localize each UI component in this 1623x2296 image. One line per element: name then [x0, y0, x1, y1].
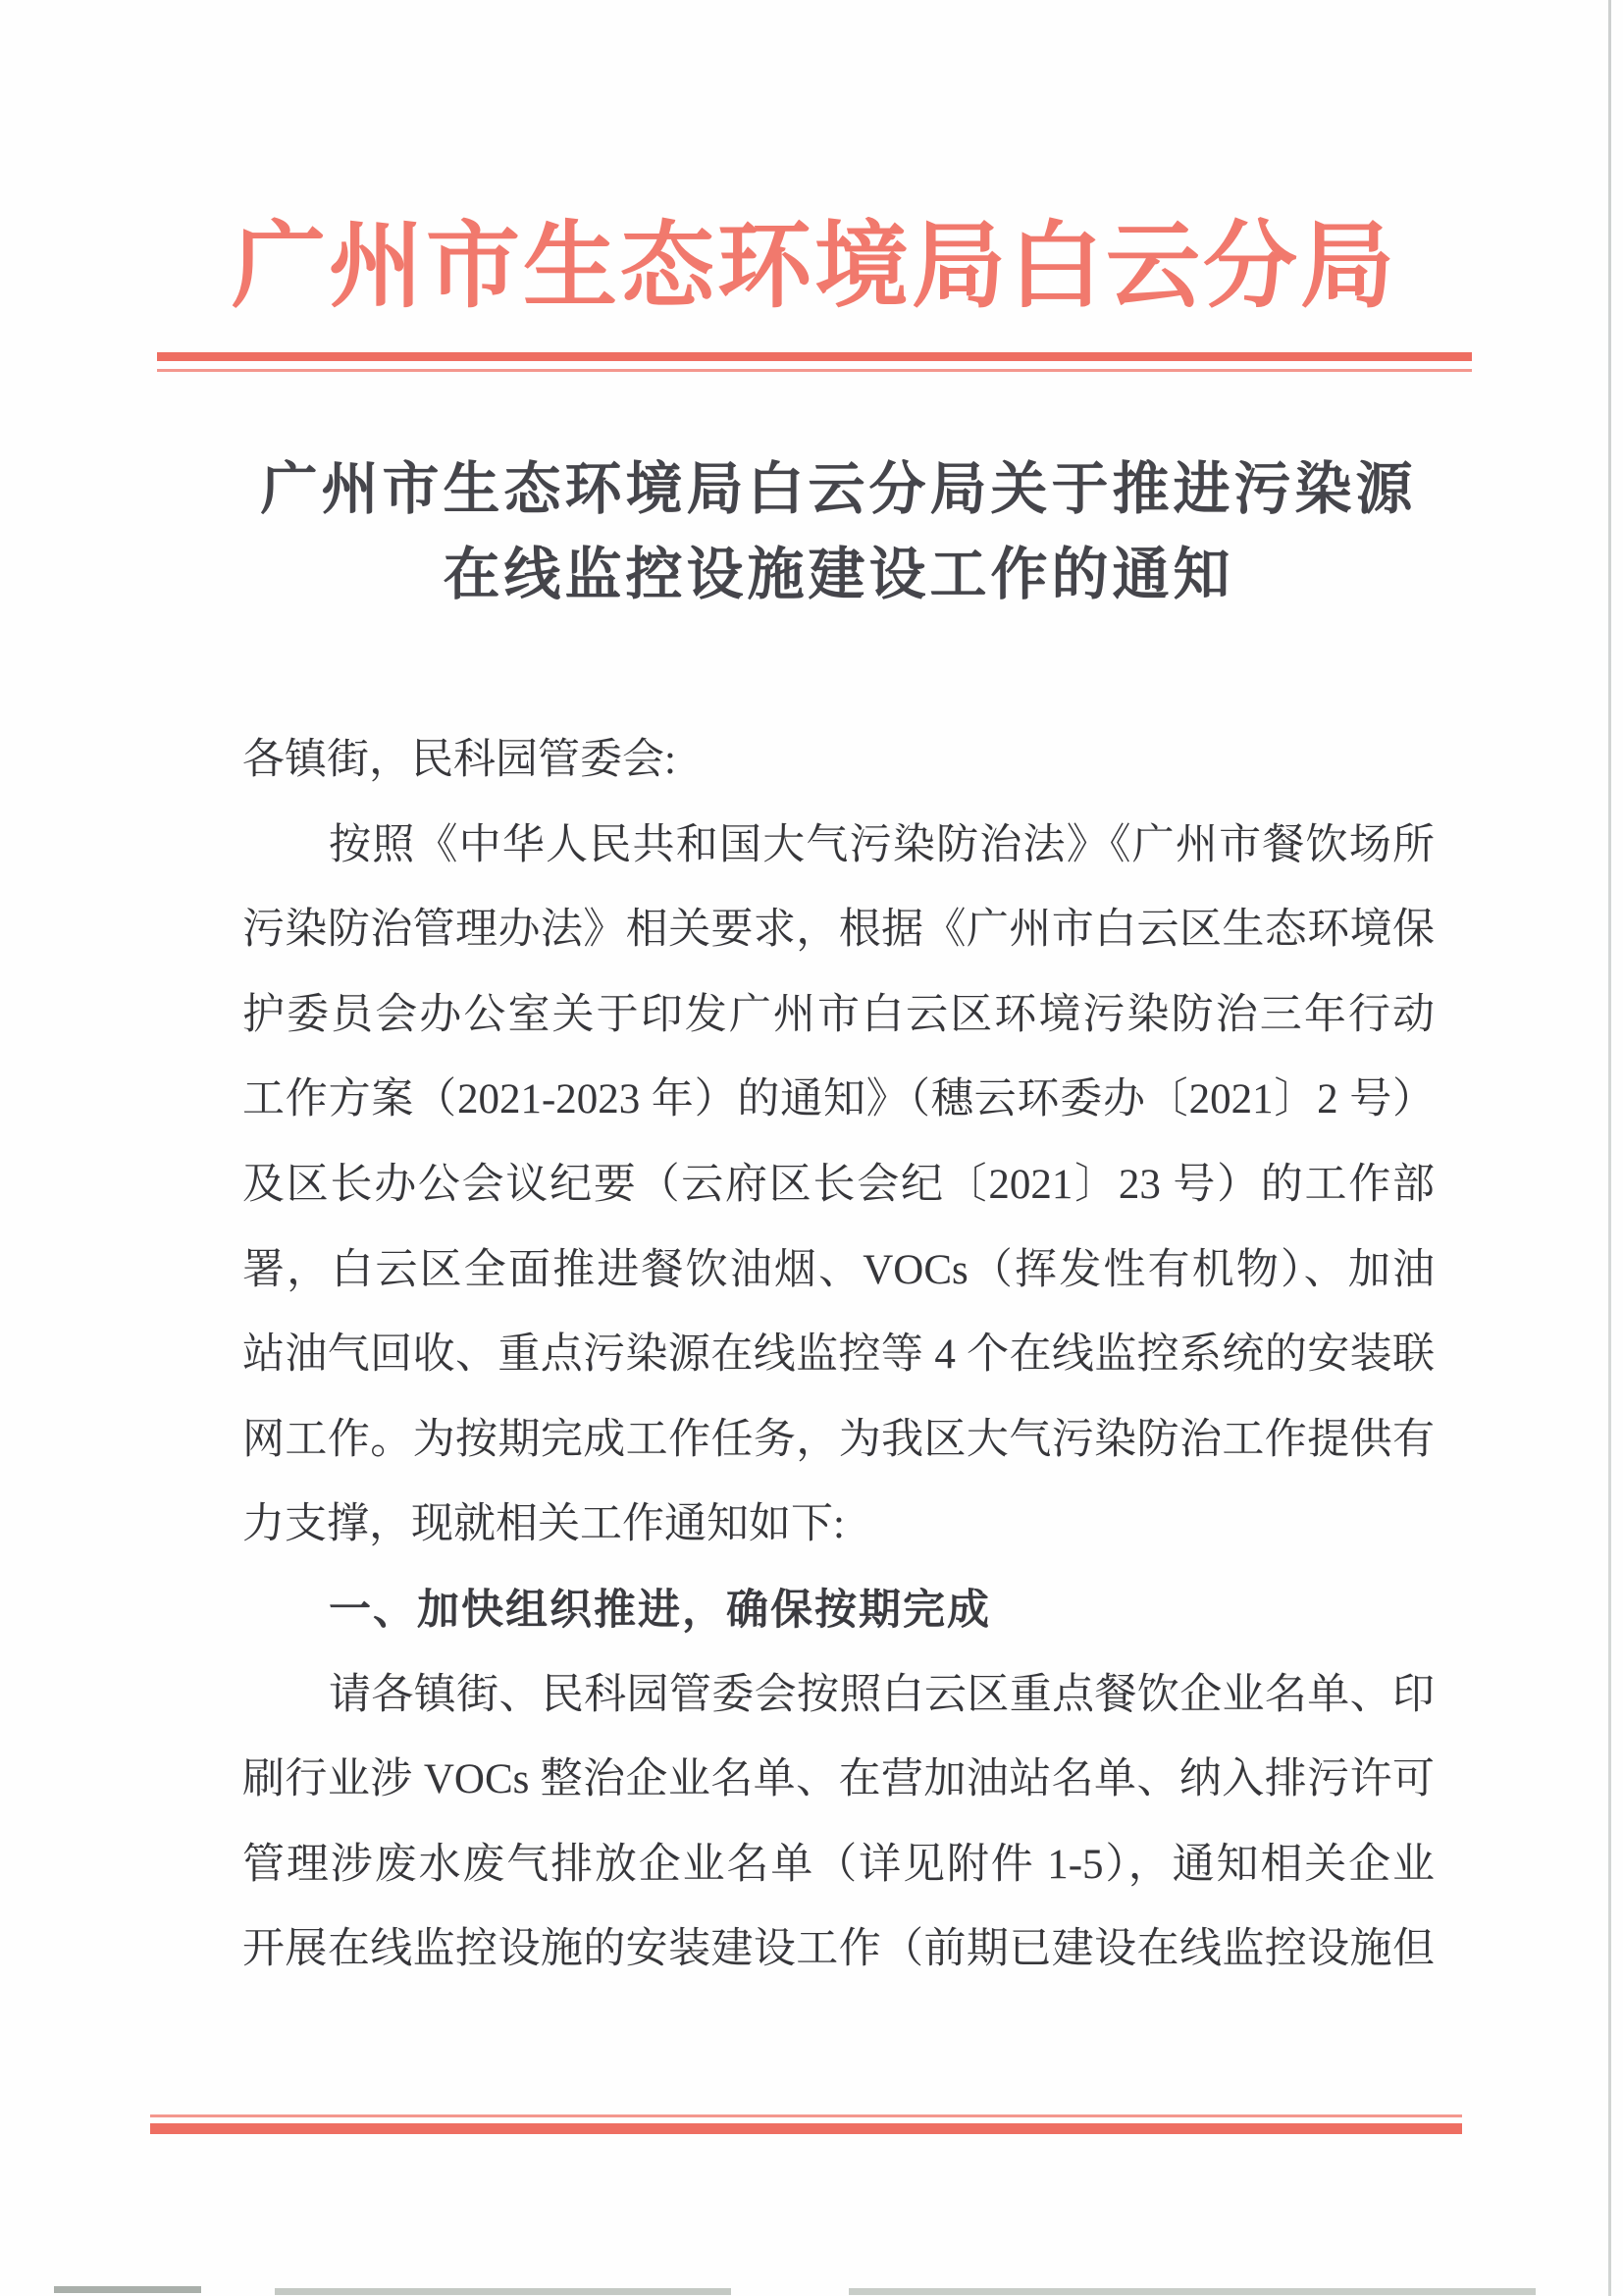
- body-line: 站油气回收、重点污染源在线监控等 4 个在线监控系统的安装联: [242, 1313, 1435, 1398]
- body-line: 署，白云区全面推进餐饮油烟、VOCs（挥发性有机物）、加油: [242, 1228, 1435, 1314]
- body-line: 力支撑，现就相关工作通知如下:: [242, 1483, 1435, 1568]
- footer-rule-thick: [150, 2123, 1462, 2134]
- body-line: 管理涉废水废气排放企业名单（详见附件 1-5），通知相关企业: [242, 1823, 1435, 1908]
- letterhead-org-name: 广州市生态环境局白云分局: [157, 208, 1472, 326]
- body-line: 及区长办公会议纪要（云府区长会纪〔2021〕23 号）的工作部: [242, 1143, 1435, 1228]
- body-line: 污染防治管理办法》相关要求，根据《广州市白云区生态环境保: [242, 888, 1435, 973]
- scan-smudge: [849, 2288, 1536, 2295]
- body-line: 按照《中华人民共和国大气污染防治法》《广州市餐饮场所: [242, 804, 1435, 889]
- document-title-line1: 广州市生态环境局白云分局关于推进污染源: [242, 446, 1435, 532]
- body-line: 开展在线监控设施的安装建设工作（前期已建设在线监控设施但: [242, 1907, 1435, 1993]
- scan-smudge: [54, 2286, 201, 2293]
- body-line: 护委员会办公室关于印发广州市白云区环境污染防治三年行动: [242, 973, 1435, 1059]
- letterhead-rule-thin: [157, 369, 1472, 372]
- scan-edge-artifact: [1608, 0, 1611, 2296]
- body-line: 请各镇街、民科园管委会按照白云区重点餐饮企业名单、印: [242, 1653, 1435, 1739]
- body-line: 工作方案（2021-2023 年）的通知》（穗云环委办〔2021〕2 号）: [242, 1058, 1435, 1143]
- section-heading: 一、加快组织推进，确保按期完成: [242, 1568, 1435, 1653]
- letterhead-rule-thick: [157, 352, 1472, 361]
- salutation-line: 各镇街，民科园管委会:: [242, 718, 1435, 804]
- body-line: 网工作。为按期完成工作任务，为我区大气污染防治工作提供有: [242, 1398, 1435, 1484]
- scan-smudge: [275, 2288, 731, 2295]
- document-body: 各镇街，民科园管委会: 按照《中华人民共和国大气污染防治法》《广州市餐饮场所 污…: [242, 718, 1435, 1993]
- footer-rule-thin: [150, 2114, 1462, 2117]
- document-title: 广州市生态环境局白云分局关于推进污染源 在线监控设施建设工作的通知: [242, 446, 1435, 617]
- document-title-line2: 在线监控设施建设工作的通知: [242, 532, 1435, 617]
- document-page: 广州市生态环境局白云分局 广州市生态环境局白云分局关于推进污染源 在线监控设施建…: [0, 0, 1623, 2296]
- body-line: 刷行业涉 VOCs 整治企业名单、在营加油站名单、纳入排污许可: [242, 1738, 1435, 1823]
